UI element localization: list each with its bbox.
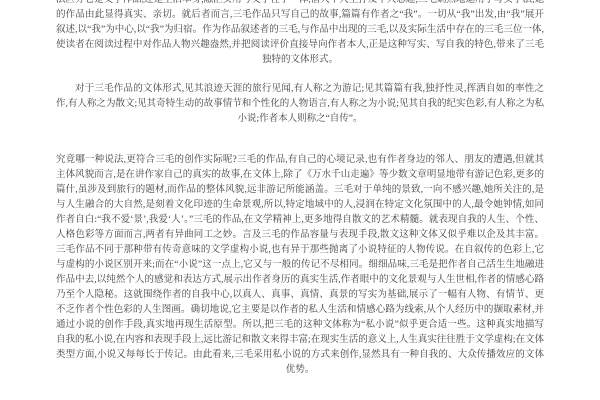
paragraph-analysis: 究竟哪一种说法,更符合三毛的创作实际呢?三毛的作品,有自己的心境记录,也有作者身… xyxy=(56,153,544,378)
paragraph-styles-named: 对于三毛作品的文体形式,见其浪迹天涯的旅行见闻,有人称之为游记;见其篇篇有我,独… xyxy=(56,82,544,127)
paragraph-continuation: 法区分它是文学作品,还是生活本身,融汇实用与文学性于一体,借大千人生抒发个人志趣… xyxy=(56,0,544,68)
document-page: 法区分它是文学作品,还是生活本身,融汇实用与文学性于一体,借大千人生抒发个人志趣… xyxy=(0,0,600,378)
